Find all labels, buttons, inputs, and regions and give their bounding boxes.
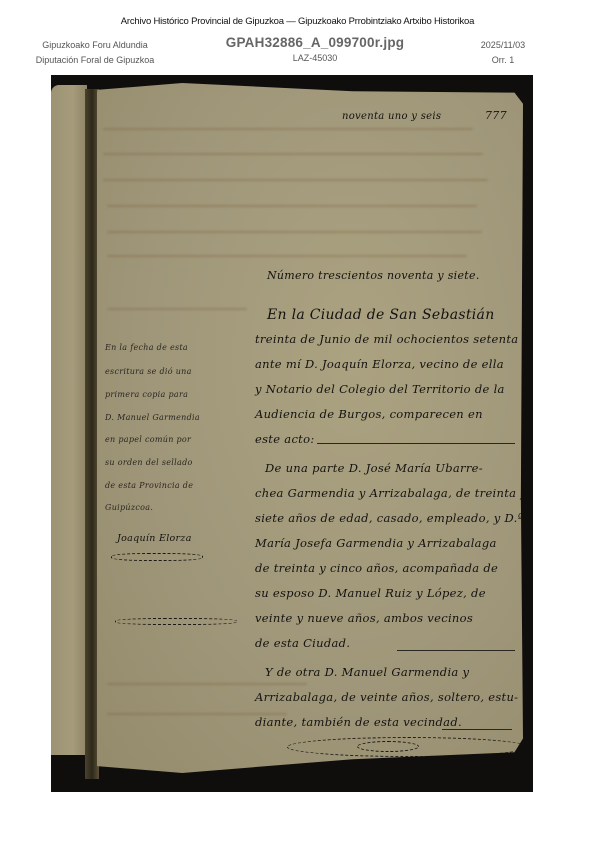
- line-filler-rule: [317, 443, 515, 444]
- main-text-line: chea Garmendia y Arrizabalaga, de treint…: [255, 486, 527, 500]
- closing-flourish: [357, 741, 419, 752]
- main-text-line: de esta Ciudad.: [255, 636, 350, 650]
- institution-basque: Gipuzkoako Foru Aldundia: [20, 38, 170, 53]
- bleed-through-line: [107, 308, 247, 310]
- signature-flourish: [115, 618, 237, 625]
- main-text-line: de treinta y cinco años, acompañada de: [255, 561, 498, 575]
- main-text-line: y Notario del Colegio del Territorio de …: [255, 382, 505, 396]
- main-text-line: Arrizabalaga, de veinte años, soltero, e…: [255, 690, 518, 704]
- page-number: Orr. 1: [468, 53, 538, 68]
- main-text-line: diante, también de esta vecindad.: [255, 715, 462, 729]
- margin-note-line: Guipúzcoa.: [105, 503, 153, 512]
- scanned-document-image: noventa uno y seis 777 Número tresciento…: [51, 75, 533, 792]
- main-text-line: María Josefa Garmendia y Arrizabalaga: [255, 536, 497, 550]
- main-text-line: En la Ciudad de San Sebastián: [267, 307, 495, 323]
- main-text-line: treinta de Junio de mil ochocientos sete…: [255, 332, 518, 346]
- main-text-line: Audiencia de Burgos, comparecen en: [255, 407, 483, 421]
- margin-note-line: D. Manuel Garmendia: [105, 413, 200, 422]
- bleed-through-line: [107, 231, 482, 233]
- archive-title: Archivo Histórico Provincial de Gipuzkoa…: [0, 16, 595, 27]
- line-filler-rule: [397, 650, 515, 651]
- main-text-line: siete años de edad, casado, empleado, y …: [255, 511, 523, 525]
- margin-note-line: en papel común por: [105, 435, 191, 444]
- main-text-line: De una parte D. José María Ubarre-: [265, 461, 483, 475]
- margin-note-line: escritura se dió una: [105, 367, 192, 376]
- main-text-line: Y de otra D. Manuel Garmendia y: [265, 665, 469, 679]
- folio-number: 777: [485, 109, 507, 122]
- main-text-line: veinte y nueve años, ambos vecinos: [255, 611, 473, 625]
- margin-signature: Joaquín Elorza: [117, 533, 192, 544]
- date-block: 2025/11/03 Orr. 1: [468, 38, 538, 68]
- margin-note-line: En la fecha de esta: [105, 343, 188, 352]
- bleed-through-line: [103, 153, 483, 155]
- file-block: GPAH32886_A_099700r.jpg LAZ-45030: [170, 34, 460, 66]
- manuscript-page: noventa uno y seis 777 Número tresciento…: [97, 83, 523, 773]
- bleed-through-line: [103, 179, 488, 181]
- institution-block: Gipuzkoako Foru Aldundia Diputación Fora…: [20, 38, 170, 68]
- book-gutter: [85, 89, 99, 779]
- main-text-line: ante mí D. Joaquín Elorza, vecino de ell…: [255, 357, 504, 371]
- date: 2025/11/03: [468, 38, 538, 53]
- signature-flourish: [111, 553, 203, 561]
- margin-note-line: su orden del sellado: [105, 458, 193, 467]
- institution-spanish: Diputación Foral de Gipuzkoa: [20, 53, 170, 68]
- margin-note-line: primera copia para: [105, 390, 188, 399]
- file-name: GPAH32886_A_099700r.jpg: [170, 34, 460, 51]
- reference-code: LAZ-45030: [170, 51, 460, 66]
- facing-page-edge: [51, 85, 87, 755]
- line-filler-rule: [442, 729, 512, 730]
- section-title: Número trescientos noventa y siete.: [267, 269, 480, 282]
- margin-note-line: de esta Provincia de: [105, 481, 193, 490]
- main-text-line: su esposo D. Manuel Ruiz y López, de: [255, 586, 486, 600]
- main-text-line: este acto:: [255, 432, 315, 446]
- bleed-through-line: [107, 205, 477, 207]
- folio-heading: noventa uno y seis: [342, 111, 441, 122]
- bleed-through-line: [107, 683, 307, 685]
- bleed-through-line: [103, 128, 473, 130]
- bleed-through-line: [107, 255, 467, 257]
